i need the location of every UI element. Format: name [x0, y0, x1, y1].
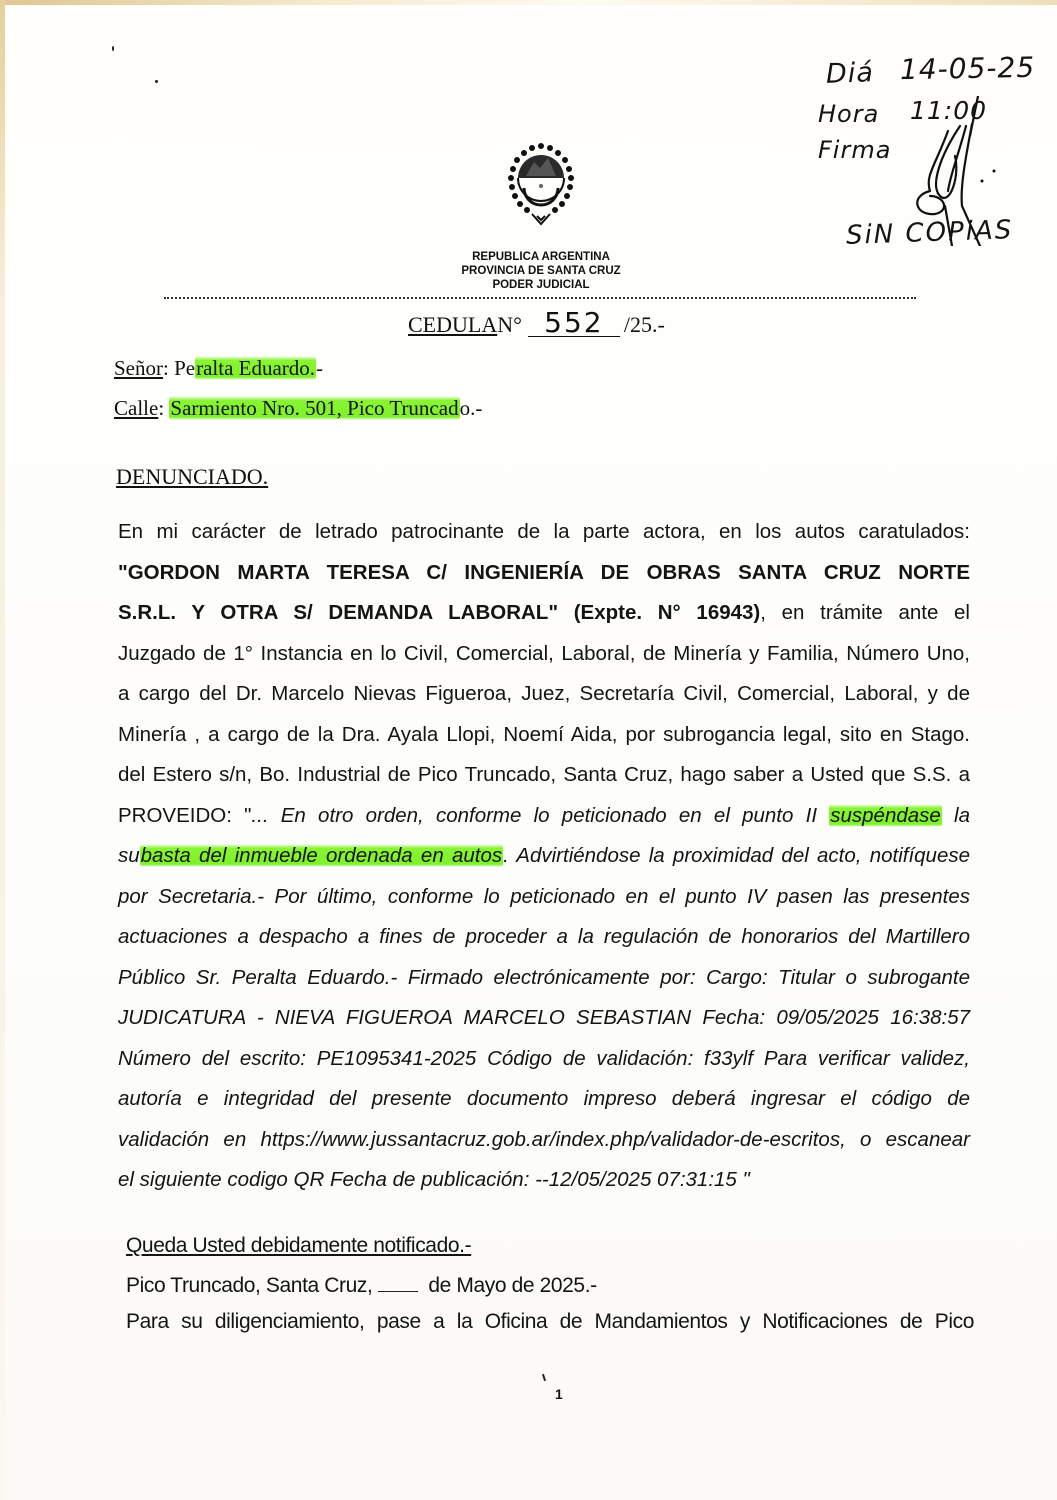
header-line-judiciary: PODER JUDICIAL — [400, 278, 682, 292]
handwritten-hour-label: Hora — [818, 100, 879, 128]
recipient-name-highlight: ralta Eduardo. — [195, 356, 316, 380]
page-edge-shadow — [0, 0, 5, 1500]
highlight-subasta: basta del inmueble ordenada en autos — [140, 844, 503, 867]
recipient-name-row: Señor: Peralta Eduardo.- — [114, 356, 323, 381]
notification-body: En mi carácter de letrado patrocinante d… — [118, 512, 970, 1201]
body-line: PROVEIDO: "... En otro orden, conforme l… — [118, 796, 970, 837]
notified-statement: Queda Usted debidamente notificado.- — [126, 1234, 471, 1258]
cedula-title: CEDULA N° 552 /25.- — [408, 310, 665, 338]
page-edge-shadow — [0, 0, 1057, 5]
cedula-number-prefix: N° — [497, 312, 522, 338]
recipient-address-row: Calle: Sarmiento Nro. 501, Pico Truncado… — [114, 396, 482, 421]
coat-of-arms-icon — [504, 140, 578, 226]
recipient-name-suffix: - — [316, 356, 323, 380]
validation-line: autoría e integridad del presente docume… — [118, 1079, 970, 1120]
validation-line: Número del escrito: PE1095341-2025 Códig… — [118, 1039, 970, 1080]
case-title-line: S.R.L. Y OTRA S/ DEMANDA LABORAL" (Expte… — [118, 593, 970, 634]
header-line-country: REPUBLICA ARGENTINA — [400, 250, 682, 264]
handwritten-day-value: 14-05-25 — [900, 51, 1036, 86]
handwritten-signature-label: Firma — [818, 136, 891, 164]
page-number: 1 — [555, 1386, 563, 1402]
ink-mark — [542, 1374, 546, 1381]
case-title-bold: S.R.L. Y OTRA S/ DEMANDA LABORAL" (Expte… — [118, 601, 760, 624]
body-line: del Estero s/n, Bo. Industrial de Pico T… — [118, 755, 970, 796]
cedula-number: 552 — [528, 310, 620, 337]
body-line: Público Sr. Peralta Eduardo.- Firmado el… — [118, 958, 970, 999]
party-role-heading: DENUNCIADO. — [116, 464, 268, 490]
dispatch-instruction: Para su diligenciamiento, pase a la Ofic… — [126, 1310, 974, 1334]
body-line: actuaciones a despacho a fines de proced… — [118, 917, 970, 958]
recipient-address-label: Calle — [114, 396, 158, 420]
ink-speck — [112, 46, 114, 51]
recipient-name-prefix: Pe — [174, 356, 195, 380]
highlight-suspendase: suspéndase — [829, 804, 942, 827]
header-line-province: PROVINCIA DE SANTA CRUZ — [400, 264, 682, 278]
recipient-name-label: Señor — [114, 356, 163, 380]
ink-speck — [155, 80, 158, 83]
publication-date-line: el siguiente codigo QR Fecha de publicac… — [118, 1160, 970, 1201]
body-line: subasta del inmueble ordenada en autos. … — [118, 836, 970, 877]
validation-url-line: validación en https://www.jussantacruz.g… — [118, 1120, 970, 1161]
signature-line: JUDICATURA - NIEVA FIGUEROA MARCELO SEBA… — [118, 998, 970, 1039]
recipient-address-suffix: o.- — [460, 396, 483, 420]
body-line: a cargo del Dr. Marcelo Nievas Figueroa,… — [118, 674, 970, 715]
body-line: por Secretaria.- Por último, conforme lo… — [118, 877, 970, 918]
handwritten-day-label: Diá — [825, 57, 874, 90]
cedula-suffix: /25.- — [624, 312, 665, 338]
header-divider — [164, 297, 916, 299]
cedula-label: CEDULA — [408, 312, 497, 338]
day-blank — [378, 1291, 418, 1292]
body-line: Minería , a cargo de la Dra. Ayala Llopi… — [118, 715, 970, 756]
case-title-line: "GORDON MARTA TERESA C/ INGENIERÍA DE OB… — [118, 553, 970, 594]
place-date-line: Pico Truncado, Santa Cruz,de Mayo de 202… — [126, 1274, 597, 1298]
handwritten-no-copies-note: SiN COPiAS — [846, 215, 1014, 251]
document-page: Diá 14-05-25 Hora 11:00 Firma SiN COPiAS… — [0, 0, 1057, 1500]
institution-header: REPUBLICA ARGENTINA PROVINCIA DE SANTA C… — [400, 250, 682, 292]
body-line: En mi carácter de letrado patrocinante d… — [118, 512, 970, 553]
recipient-address-highlight: Sarmiento Nro. 501, Pico Truncad — [169, 396, 459, 420]
body-line: Juzgado de 1° Instancia en lo Civil, Com… — [118, 634, 970, 675]
